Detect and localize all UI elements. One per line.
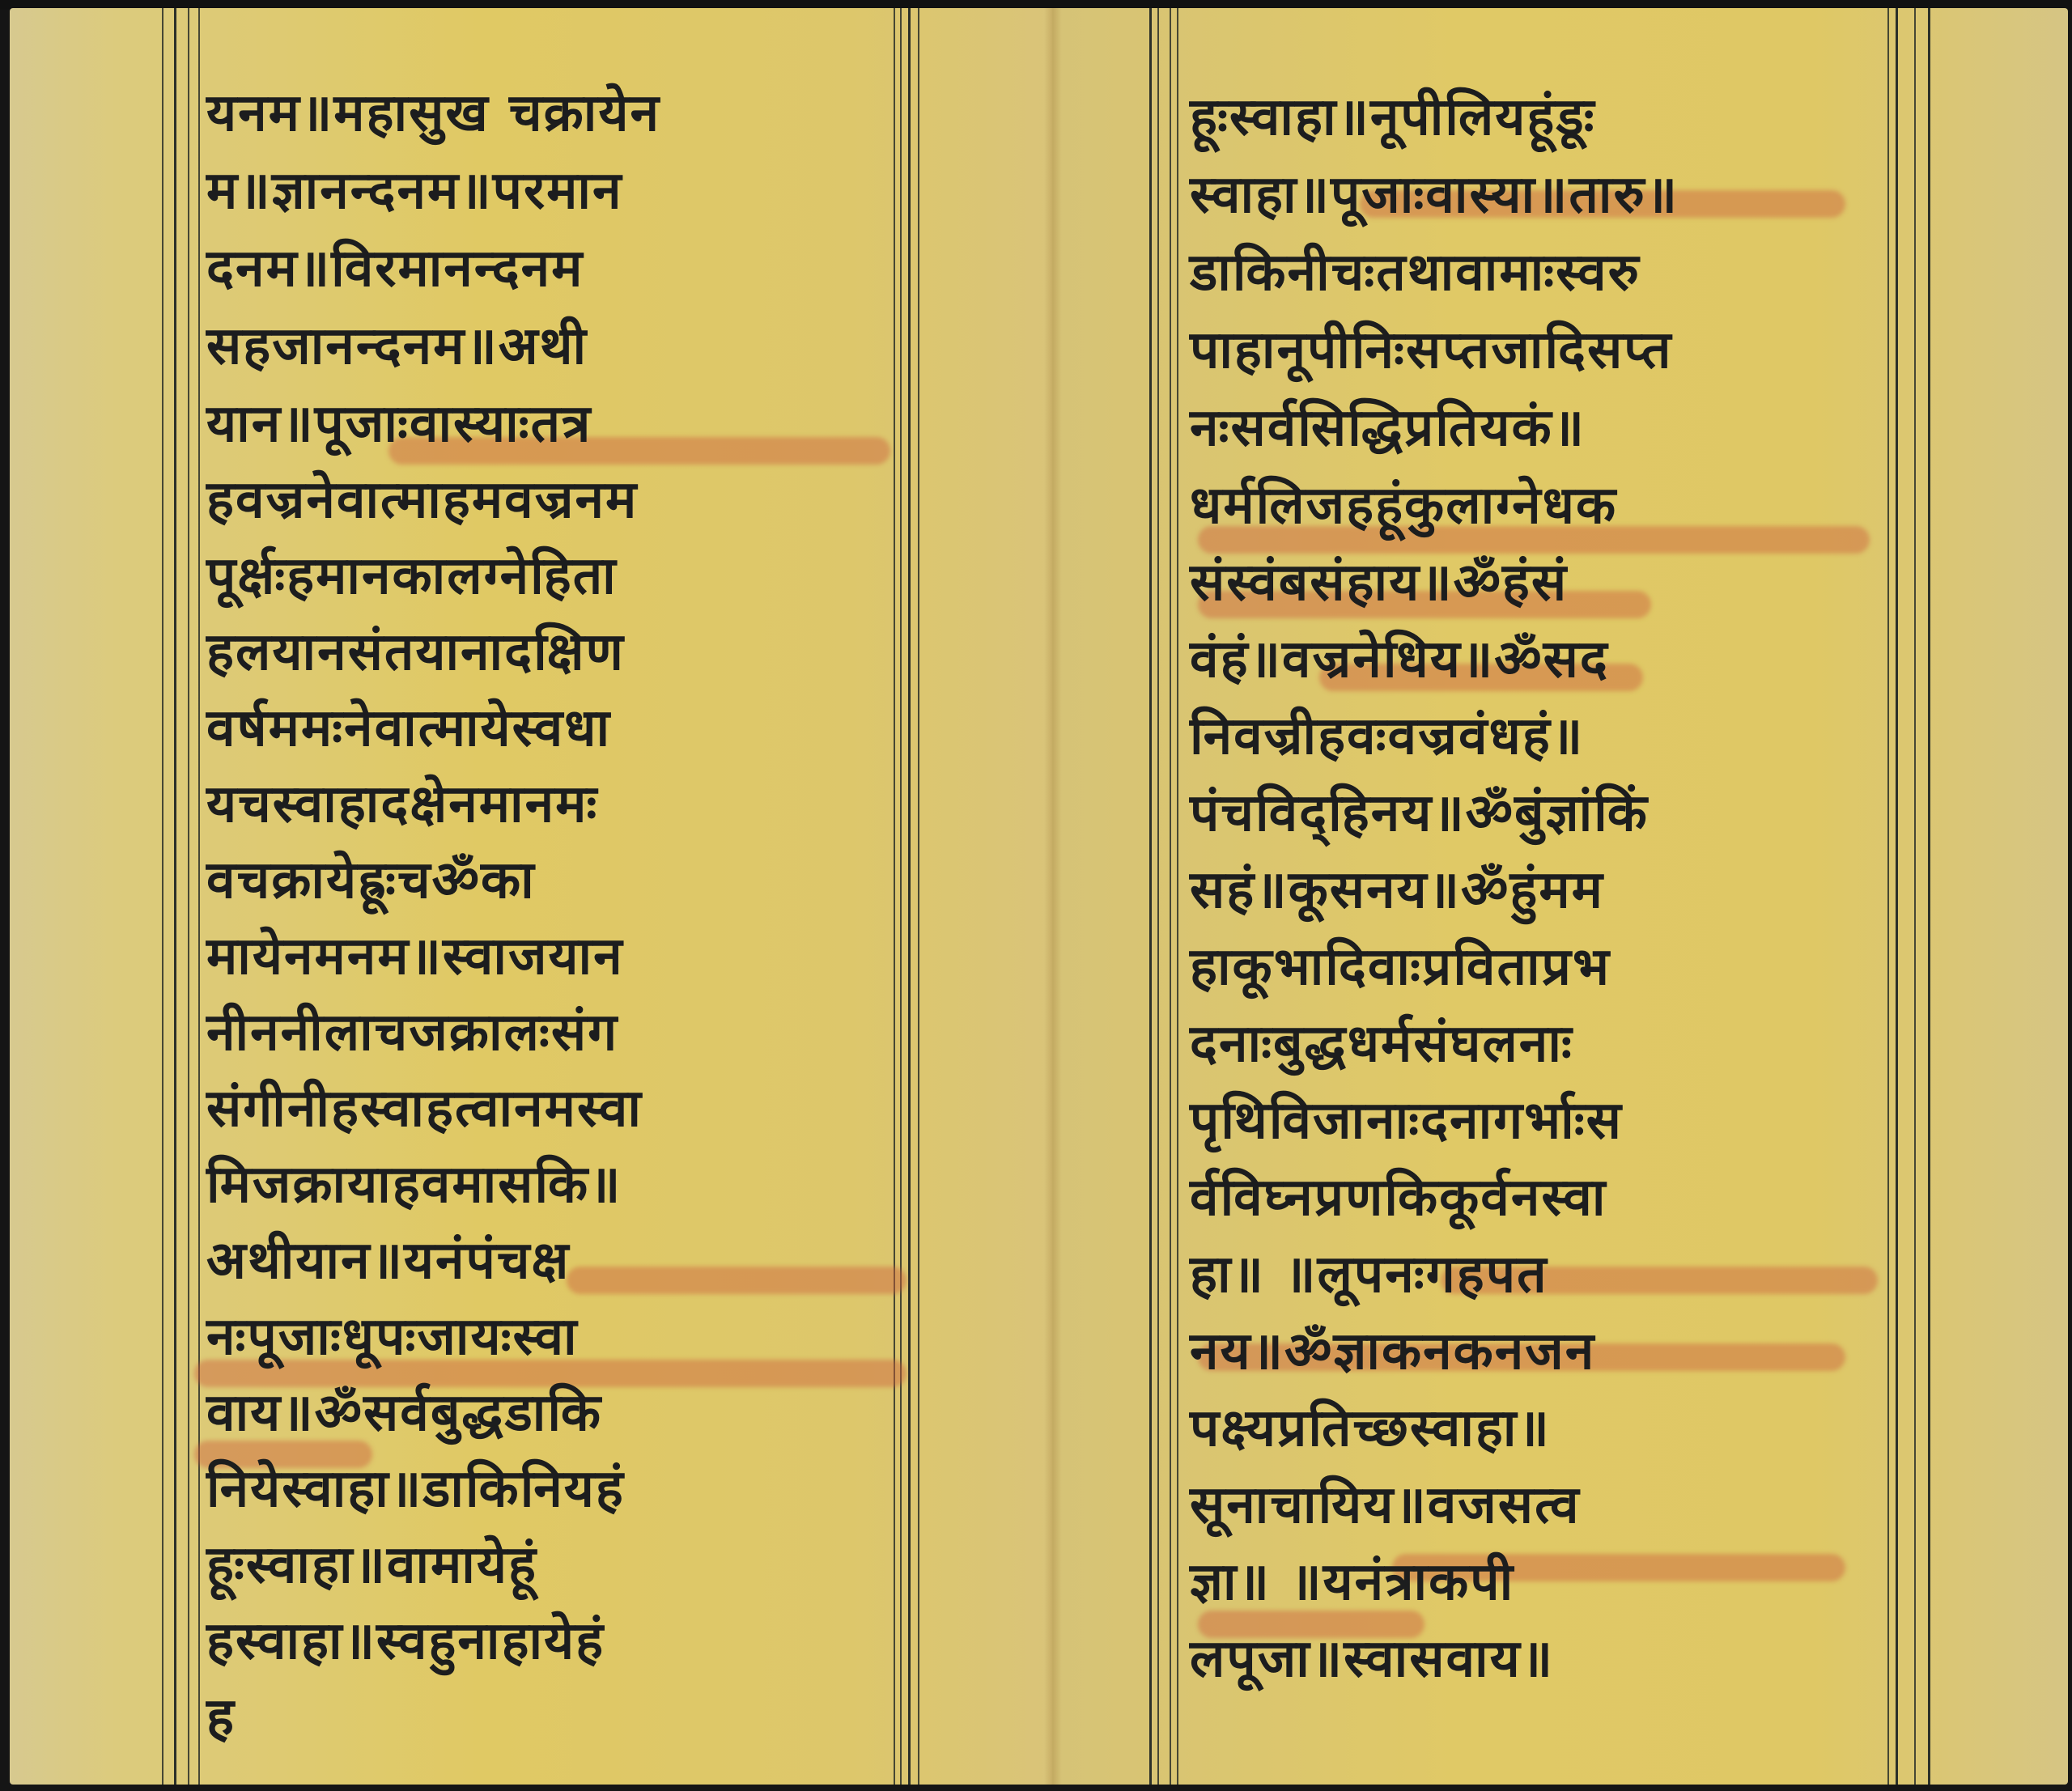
manuscript-line: हाकूभादिवाःप्रविताप्रभ bbox=[1190, 931, 1611, 1004]
manuscript-line: र्वविघ्नप्रणकिकूर्वनस्वा bbox=[1190, 1161, 1607, 1234]
manuscript-line: नःसर्वसिद्धिप्रतियकं॥ bbox=[1190, 392, 1586, 465]
manuscript-line: हस्वाहा॥स्वहुनाहायेहं bbox=[206, 1605, 605, 1678]
manuscript-line: सहजानन्दनम॥अथी bbox=[206, 310, 588, 383]
right-page-text: हूःस्वाहा॥नूपीलियहूंडूः स्वाहा॥पूजाःवास्… bbox=[1190, 81, 1886, 1700]
manuscript-line: वर्षममःनेवात्मायेस्वधा bbox=[206, 692, 611, 765]
manuscript-line: हलयानसंतयानादक्षिण bbox=[206, 616, 625, 689]
manuscript-line: वंहं॥वज्रनेधिय॥ॐसद bbox=[1190, 623, 1609, 696]
manuscript-line: सहं॥कूसनय॥ॐहुंमम bbox=[1190, 854, 1604, 927]
manuscript-line: ज्ञा॥ ॥यनंत्राकपी bbox=[1190, 1546, 1514, 1619]
manuscript-line: नःपूजाःधूपःजायःस्वा bbox=[206, 1301, 579, 1373]
manuscript-line: ह bbox=[206, 1681, 236, 1754]
manuscript-line: नीननीलाचजक्रालःसंग bbox=[206, 996, 618, 1069]
right-page-outer-rule-2 bbox=[1896, 8, 1898, 1785]
manuscript-line: नियेस्वाहा॥डाकिनियहं bbox=[206, 1453, 625, 1526]
manuscript-line: हा॥ ॥लूपनःगहपत bbox=[1190, 1238, 1548, 1311]
manuscript-line: वाय॥ॐसर्वबुद्धडाकि bbox=[206, 1377, 602, 1449]
book-spine-fold bbox=[1044, 8, 1062, 1785]
manuscript-line: संस्वंबसंहाय॥ॐहंसं bbox=[1190, 546, 1568, 619]
left-page-text: यनम॥महासुख चक्रायेन म॥ज्ञानन्दनम॥परमान द… bbox=[206, 77, 902, 1776]
manuscript-line: मिजक्रायाहवमासकि॥ bbox=[206, 1148, 622, 1221]
manuscript-line: डाकिनीचःतथावामाःस्वरु bbox=[1190, 236, 1641, 309]
manuscript-line: पक्ष्यप्रतिच्छस्वाहा॥ bbox=[1190, 1392, 1551, 1465]
manuscript-line: हूःस्वाहा॥नूपीलियहूंडूः bbox=[1190, 81, 1596, 154]
manuscript-line: पंचविद्हिनय॥ॐबुंज्ञांकिं bbox=[1190, 777, 1649, 850]
manuscript-line: वचक्रायेह्रूःचॐका bbox=[206, 844, 536, 917]
right-page-inner-rule-4 bbox=[1177, 8, 1178, 1785]
left-page-outer-rule-4 bbox=[198, 8, 200, 1785]
manuscript-line: यनम॥महासुख चक्रायेन bbox=[206, 77, 660, 150]
manuscript-line: दनाःबुद्धधर्मसंघलनाः bbox=[1190, 1008, 1573, 1080]
manuscript-line: यचस्वाहादक्षेनमानमः bbox=[206, 768, 598, 841]
left-page-outer-rule-3 bbox=[188, 8, 189, 1785]
manuscript-line: नय॥ॐज्ञाकनकनजन bbox=[1190, 1315, 1595, 1388]
manuscript-line: सूनाचायिय॥वजसत्व bbox=[1190, 1469, 1581, 1542]
manuscript-line: स्वाहा॥पूजाःवास्या॥तारु॥ bbox=[1190, 159, 1679, 231]
right-page-inner-rule-3 bbox=[1170, 8, 1171, 1785]
manuscript-line: पाहानूपीनिःसप्तजादिसप्त bbox=[1190, 314, 1673, 387]
manuscript-line: अथीयान॥यनंपंचक्ष bbox=[206, 1224, 570, 1297]
left-page-outer-rule-2 bbox=[174, 8, 176, 1785]
manuscript-line: म॥ज्ञानन्दनम॥परमान bbox=[206, 155, 623, 227]
manuscript-line: हूःस्वाहा॥वामायेहूं bbox=[206, 1529, 537, 1602]
manuscript-line: लपूजा॥स्वासवाय॥ bbox=[1190, 1623, 1554, 1696]
right-page-outer-rule-4 bbox=[1928, 8, 1930, 1785]
manuscript-line: धर्मलिजहहूंकुलाग्नेधक bbox=[1190, 469, 1617, 542]
right-page-inner-rule-1 bbox=[1149, 8, 1152, 1785]
left-page-inner-rule-3 bbox=[908, 8, 911, 1785]
right-page-inner-rule-2 bbox=[1157, 8, 1159, 1785]
manuscript-line: हवज्रनेवात्माहमवज्रनम bbox=[206, 464, 638, 537]
left-page-outer-rule-1 bbox=[162, 8, 163, 1785]
manuscript-line: पृथिविजानाःदनागर्भाःस bbox=[1190, 1084, 1623, 1157]
manuscript-line: दनम॥विरमानन्दनम bbox=[206, 232, 584, 305]
right-page-outer-rule-3 bbox=[1914, 8, 1916, 1785]
left-page-inner-rule-4 bbox=[918, 8, 919, 1785]
manuscript-line: पूर्क्षःहमानकालग्नेहिता bbox=[206, 540, 618, 613]
manuscript-line: संगीनीहस्वाहत्वानमस्वा bbox=[206, 1072, 643, 1145]
right-page-outer-rule-1 bbox=[1887, 8, 1889, 1785]
manuscript-line: निवज्रीहवःवज्रवंधहं॥ bbox=[1190, 700, 1584, 773]
manuscript-line: यान॥पूजाःवास्याःतत्र bbox=[206, 388, 592, 460]
manuscript-line: मायेनमनम॥स्वाजयान bbox=[206, 920, 624, 993]
